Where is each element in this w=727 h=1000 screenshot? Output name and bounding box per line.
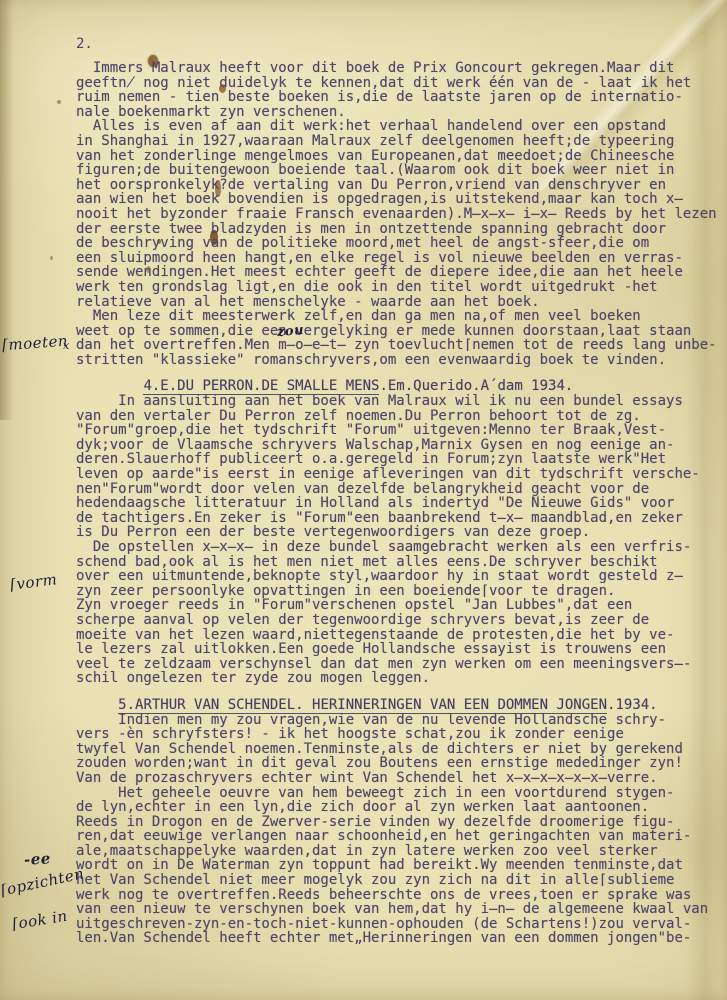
typed-line: aan wien het boek bovendien is opgedrage… — [76, 192, 724, 207]
typed-line: nooit het byzonder fraaie Fransch evenaa… — [76, 207, 724, 222]
typed-line: hedendaagsche litteratuur in Holland als… — [76, 496, 724, 511]
typed-line: de beschryving van de politieke moord,me… — [76, 236, 724, 251]
typed-line: nen"Forum"wordt door velen van dezelfde … — [76, 482, 724, 497]
stain — [57, 100, 61, 104]
margin-note: ⌈moeten — [1, 332, 68, 355]
margin-note: ⌈opzichten — [0, 864, 86, 899]
margin-note: x — [63, 339, 70, 352]
typed-line: nale boekenmarkt zyn verschenen. — [76, 105, 724, 120]
margin-note: -ee — [24, 849, 52, 868]
text-column: Immers Malraux heeft voor dit boek de Pr… — [76, 61, 724, 946]
typed-line: Het geheele oeuvre van hem beweegt zich … — [76, 786, 724, 801]
typed-line: moeite van het lezen waard,niettegenstaa… — [76, 628, 724, 643]
typed-line: schil ongelezen ter zyde zou mogen legge… — [76, 671, 724, 686]
typed-line: werk nog te overtreffen.Reeds beheerscht… — [76, 888, 724, 903]
paragraph: De opstellen x̶x̶x̶ in deze bundel saamg… — [76, 540, 724, 686]
section-heading: 5.ARTHUR VAN SCHENDEL. HERINNERINGEN VAN… — [76, 698, 724, 713]
typed-line: uitgeschreven-zyn-en-toch-niet-kunnen-op… — [76, 917, 724, 932]
typed-line: dyk;voor de Vlaamsche schryvers Walschap… — [76, 438, 724, 453]
typed-line: is Du Perron een der beste vertegenwoord… — [76, 525, 724, 540]
typed-line: twyfel Van Schendel noemen.Tenminste,als… — [76, 742, 724, 757]
typed-line: "Forum"groep,die het tydschrift "Forum" … — [76, 423, 724, 438]
typed-line: figuren;de buitengewoon boeiende taal.(W… — [76, 163, 724, 178]
section-heading: 4.E.DU PERRON.DE SMALLE MENS.Em.Querido.… — [76, 379, 724, 394]
typed-line: het oorspronkelyk?de vertaling van Du Pe… — [76, 178, 724, 193]
typed-line: Alles is even af aan dit werk:het verhaa… — [76, 119, 724, 134]
typed-line: In aansluiting aan het boek van Malraux … — [76, 394, 724, 409]
typed-line: een sluipmoord heen hangt,en elke regel … — [76, 251, 724, 266]
typed-line: van het zonderlinge mengelmoes van Europ… — [76, 149, 724, 164]
page-number: 2. — [76, 36, 93, 52]
paper: 2. Immers Malraux heeft voor dit boek de… — [0, 0, 727, 1000]
typed-line: ren,dat eeuwige verlangen naar schoonhei… — [76, 829, 724, 844]
edge-shadow-left — [0, 0, 14, 420]
stain — [50, 256, 53, 260]
typed-line: deren.Slauerhoff publiceert o.a.geregeld… — [76, 452, 724, 467]
paragraph: Het geheele oeuvre van hem beweegt zich … — [76, 786, 724, 947]
typed-line: de lyn,echter in een lyn,die zich door a… — [76, 800, 724, 815]
typed-line: vers -èn schryfsters! - ik het hoogste s… — [76, 727, 724, 742]
heading-imprint: .Em.Querido.A´dam 1934. — [379, 378, 573, 394]
typed-line: van een nieuw te verschynen boek van hem… — [76, 902, 724, 917]
paragraph: Immers Malraux heeft voor dit boek de Pr… — [76, 61, 724, 119]
scanned-page: 2. Immers Malraux heeft voor dit boek de… — [0, 0, 727, 1000]
paragraph: Alles is even af aan dit werk:het verhaa… — [76, 119, 724, 309]
typed-line: geeftn̸ nog niet duidelyk te kennen,dat … — [76, 76, 724, 91]
typed-line: sende wendingen.Het meest echter geeft d… — [76, 265, 724, 280]
typed-line: Immers Malraux heeft voor dit boek de Pr… — [76, 61, 724, 76]
typed-line: De opstellen x̶x̶x̶ in deze bundel saamg… — [76, 540, 724, 555]
typed-line: dan het overtreffen.Men m̶o̶e̶t̶ zyn toe… — [76, 338, 724, 353]
typed-line: veel te zeldzaam verschynsel dan dat men… — [76, 657, 724, 672]
typed-line: over een uitmuntende,beknopte styl,waard… — [76, 569, 724, 584]
heading-indent — [76, 378, 143, 394]
typed-line: van den vertaler Du Perron zelf noemen.D… — [76, 409, 724, 424]
typed-line: der eerste twee bladzyden is men in ontz… — [76, 222, 724, 237]
typed-line: ale,maatschappelyke waarden,dat in zyn l… — [76, 844, 724, 859]
inline-correction-zou: zou — [276, 323, 304, 340]
typed-line: Men leze dit meesterwerk zelf,en dan ga … — [76, 309, 724, 324]
typed-line: ruim nemen - tien beste boeken is,die de… — [76, 90, 724, 105]
typed-line: Van de prozaschryvers echter wint Van Sc… — [76, 771, 724, 786]
typed-line: stritten "klassieke" romanschryvers,om e… — [76, 353, 724, 368]
typed-line: Zyn vroeger reeds in "Forum"verschenen o… — [76, 598, 724, 613]
typed-line: in Shanghai in 1927,waaraan Malraux zelf… — [76, 134, 724, 149]
typed-line: werk ten grondslag ligt,en die ook in de… — [76, 280, 724, 295]
margin-note: ⌈ook in — [11, 907, 69, 933]
typed-line: le lezers zal uitlokken.Een goede Hollan… — [76, 642, 724, 657]
typed-line: Reeds in Drogon en de Zwerver-serie vind… — [76, 815, 724, 830]
typed-line: leven op aarde"is eerst in eenige afleve… — [76, 467, 724, 482]
typed-line: scherpe aanval op velen der tegenwoordig… — [76, 613, 724, 628]
typed-line: zouden worden;want in dit geval zou Bout… — [76, 756, 724, 771]
typed-line: relatieve van al het menschelyke - waard… — [76, 295, 724, 310]
typed-line: Indien men my zou vragen,wie van de nu l… — [76, 713, 724, 728]
paragraph: In aansluiting aan het boek van Malraux … — [76, 394, 724, 540]
typed-line: len.Van Schendel heeft echter met„Herinn… — [76, 931, 724, 946]
typed-line: de tachtigers.En zeker is "Forum"een baa… — [76, 511, 724, 526]
typed-line: het Van Schendel niet meer mogelyk zou z… — [76, 873, 724, 888]
typed-line: wordt on in De Waterman zyn toppunt had … — [76, 858, 724, 873]
paragraph: Men leze dit meesterwerk zelf,en dan ga … — [76, 309, 724, 367]
typed-line: zyn zeer persoonlyke opvattingen in een … — [76, 584, 724, 599]
heading-indent — [76, 697, 118, 713]
typed-line: schend bad,ook al is het men niet met al… — [76, 555, 724, 570]
typed-line: weet op te sommen,die een vergelyking er… — [76, 324, 724, 339]
paragraph: Indien men my zou vragen,wie van de nu l… — [76, 713, 724, 786]
heading-imprint: .1934. — [607, 697, 658, 713]
margin-note: ⌈vorm — [9, 570, 58, 594]
